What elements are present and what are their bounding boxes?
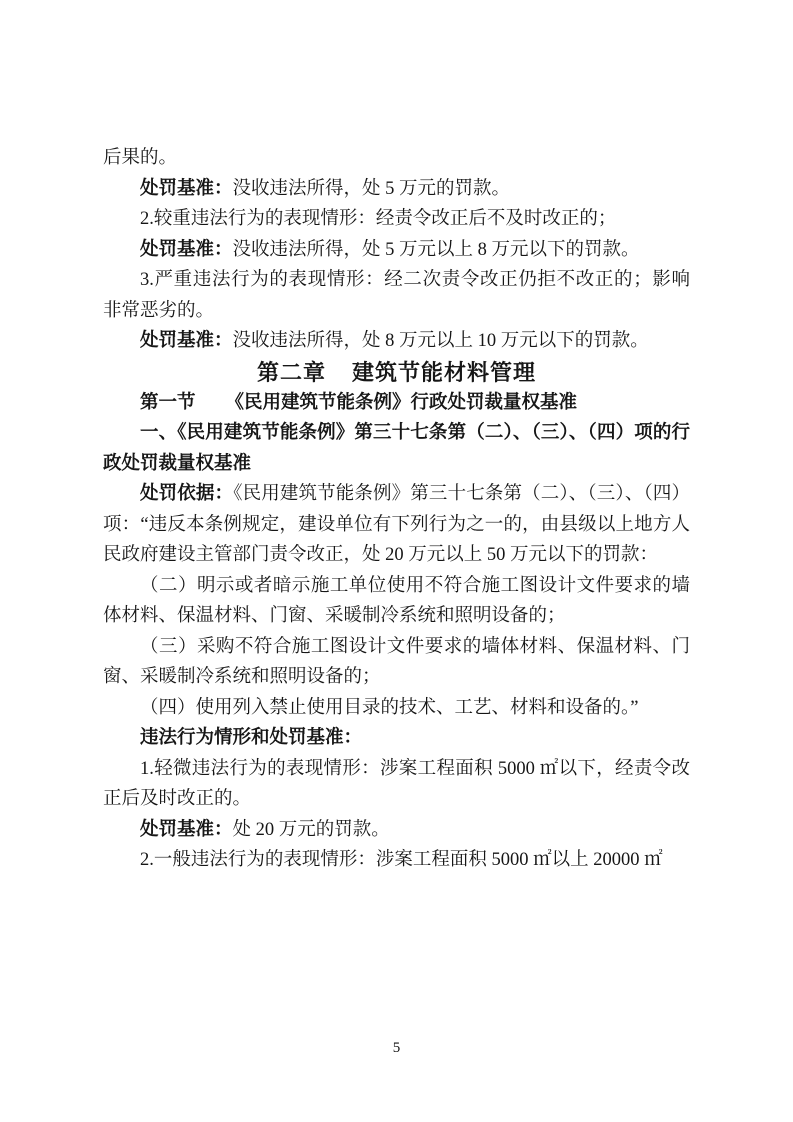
paragraph-text: （二）明示或者暗示施工单位使用不符合施工图设计文件要求的墙体材料、保温材料、门窗…	[103, 576, 690, 627]
paragraph: （四）使用列入禁止使用目录的技术、工艺、材料和设备的。”	[103, 693, 690, 724]
document-body: 后果的。 处罚基准：没收违法所得，处 5 万元的罚款。 2.较重违法行为的表现情…	[103, 143, 690, 876]
paragraph: 3.严重违法行为的表现情形：经二次责令改正仍拒不改正的；影响非常恶劣的。	[103, 265, 690, 326]
chapter-number: 第二章	[257, 360, 326, 385]
chapter-title: 建筑节能材料管理	[352, 360, 536, 385]
section-title: 《民用建筑节能条例》行政处罚裁量权基准	[226, 393, 578, 413]
paragraph-text: （四）使用列入禁止使用目录的技术、工艺、材料和设备的。”	[140, 698, 638, 718]
page-number: 5	[0, 1038, 793, 1058]
paragraph-lead: 处罚基准：	[140, 240, 233, 260]
paragraph-text: 2.一般违法行为的表现情形：涉案工程面积 5000 ㎡以上 20000 ㎡	[140, 850, 663, 870]
paragraph: 违法行为情形和处罚基准：	[103, 723, 690, 754]
paragraph: 1.轻微违法行为的表现情形：涉案工程面积 5000 ㎡以下，经责令改正后及时改正…	[103, 754, 690, 815]
item-heading: 一、《民用建筑节能条例》第三十七条第（二）、（三）、（四）项的行政处罚裁量权基准	[103, 418, 690, 479]
document-page: 后果的。 处罚基准：没收违法所得，处 5 万元的罚款。 2.较重违法行为的表现情…	[0, 0, 793, 1122]
paragraph-lead: 处罚基准：	[140, 179, 233, 199]
paragraph-text: 没收违法所得，处 5 万元以上 8 万元以下的罚款。	[233, 240, 640, 260]
paragraph-lead: 处罚依据：	[140, 484, 233, 504]
paragraph-text: 后果的。	[103, 148, 177, 168]
chapter-heading: 第二章建筑节能材料管理	[103, 357, 690, 388]
paragraph: 处罚基准：没收违法所得，处 5 万元以上 8 万元以下的罚款。	[103, 235, 690, 266]
paragraph: （二）明示或者暗示施工单位使用不符合施工图设计文件要求的墙体材料、保温材料、门窗…	[103, 571, 690, 632]
section-heading: 第一节《民用建筑节能条例》行政处罚裁量权基准	[103, 388, 690, 419]
paragraph: （三）采购不符合施工图设计文件要求的墙体材料、保温材料、门窗、采暖制冷系统和照明…	[103, 632, 690, 693]
paragraph-text: 处 20 万元的罚款。	[233, 820, 390, 840]
section-number: 第一节	[140, 393, 196, 413]
paragraph-text: 没收违法所得，处 5 万元的罚款。	[233, 179, 511, 199]
paragraph: 2.较重违法行为的表现情形：经责令改正后不及时改正的；	[103, 204, 690, 235]
paragraph-text: 1.轻微违法行为的表现情形：涉案工程面积 5000 ㎡以下，经责令改正后及时改正…	[103, 759, 690, 810]
paragraph-text: （三）采购不符合施工图设计文件要求的墙体材料、保温材料、门窗、采暖制冷系统和照明…	[103, 637, 690, 688]
paragraph: 后果的。	[103, 143, 690, 174]
paragraph-text: 2.较重违法行为的表现情形：经责令改正后不及时改正的；	[140, 209, 616, 229]
paragraph: 处罚基准：没收违法所得，处 8 万元以上 10 万元以下的罚款。	[103, 326, 690, 357]
paragraph: 处罚基准：没收违法所得，处 5 万元的罚款。	[103, 174, 690, 205]
paragraph: 处罚基准：处 20 万元的罚款。	[103, 815, 690, 846]
paragraph-lead: 违法行为情形和处罚基准：	[140, 728, 362, 748]
paragraph: 处罚依据：《民用建筑节能条例》第三十七条第（二）、（三）、（四）项：“违反本条例…	[103, 479, 690, 571]
paragraph-text: 3.严重违法行为的表现情形：经二次责令改正仍拒不改正的；影响非常恶劣的。	[103, 270, 690, 321]
paragraph: 2.一般违法行为的表现情形：涉案工程面积 5000 ㎡以上 20000 ㎡	[103, 845, 690, 876]
paragraph-text: 没收违法所得，处 8 万元以上 10 万元以下的罚款。	[233, 331, 649, 351]
paragraph-lead: 处罚基准：	[140, 820, 233, 840]
paragraph-lead: 处罚基准：	[140, 331, 233, 351]
